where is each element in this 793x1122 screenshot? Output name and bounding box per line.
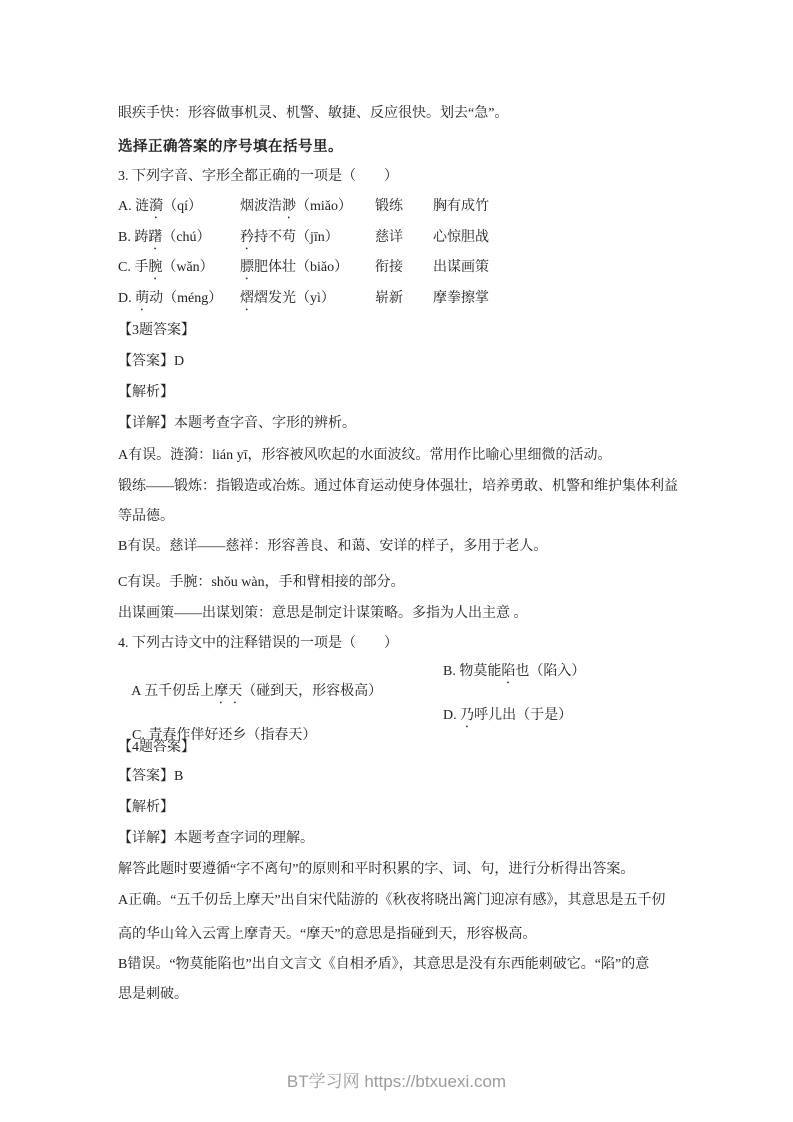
q4-options-row-ab: A 五千仞岳上摩天（碰到天，形容极高） B. 物莫能陷也（陷入） xyxy=(118,662,382,682)
q4-stem: 4. 下列古诗文中的注释错误的一项是（ ） xyxy=(118,634,398,654)
option-col-word2: 矜持不苟（jīn） xyxy=(240,228,375,248)
q4-option-d: D. 乃呼儿出（于是） xyxy=(443,706,572,731)
emphasized-char: 腕 xyxy=(148,260,162,275)
definition-line: 眼疾手快：形容做事机灵、机警、敏捷、反应很快。划去“急”。 xyxy=(118,104,508,124)
emphasized-chars: 乃 xyxy=(460,708,474,723)
option-col-word4: 出谋画策 xyxy=(433,258,489,278)
option-col-word1: C. 手腕（wǎn） xyxy=(118,258,240,278)
option-col-word4: 胸有成竹 xyxy=(433,197,489,217)
q3-answer-title: 【3题答案】 xyxy=(118,321,195,341)
q3-analysis-label: 【解析】 xyxy=(118,383,174,403)
q3-detail: 【详解】本题考查字音、字形的辨析。 xyxy=(118,414,356,434)
option-col-word3: 衔接 xyxy=(375,258,433,278)
option-col-word1: B. 踌躇（chú） xyxy=(118,228,240,248)
option-col-word4: 摩拳擦掌 xyxy=(433,289,489,309)
q4-explain-line: A正确。“五千仞岳上摩天”出自宋代陆游的《秋夜将晓出篱门迎凉有感》，其意思是五千… xyxy=(118,891,666,911)
q4-answer: 【答案】B xyxy=(118,767,183,787)
option-note: （碰到天，形容极高） xyxy=(242,684,382,699)
emphasized-char: 膘 xyxy=(240,260,254,275)
q4-option-b: B. 物莫能陷也（陷入） xyxy=(443,662,585,687)
option-text: 烟波浩 xyxy=(240,199,282,214)
option-text: A 五千仞岳上 xyxy=(131,684,214,699)
q3-option-b: B. 踌躇（chú） 矜持不苟（jīn） 慈详 心惊胆战 xyxy=(118,228,489,248)
option-col-word1: D. 萌动（méng） xyxy=(118,289,240,309)
q4-option-a: A 五千仞岳上摩天（碰到天，形容极高） xyxy=(131,684,382,699)
option-note: 也（陷入） xyxy=(515,664,585,679)
pinyin-annotation: （miǎo） xyxy=(296,199,352,214)
q4-options-row-cd: C. 青春作伴好还乡（指春天） D. 乃呼儿出（于是） xyxy=(118,706,316,726)
emphasized-chars: 陷 xyxy=(501,664,515,679)
q4-explain-line: 高的华山耸入云霄上摩青天。“摩天”的意思是指碰到天，形容极高。 xyxy=(118,925,536,945)
pinyin-annotation: （wǎn） xyxy=(162,260,213,275)
option-col-word3: 崭新 xyxy=(375,289,433,309)
pinyin-annotation: 动（méng） xyxy=(149,291,222,306)
q3-explain-line: A有误。涟漪：lián yī，形容被风吹起的水面波纹。常用作比喻心里细微的活动。 xyxy=(118,446,612,466)
q3-explain-line: C有误。手腕：shǒu wàn，手和臂相接的部分。 xyxy=(118,573,405,593)
emphasized-char: 萌 xyxy=(135,291,149,306)
option-text: A. 涟 xyxy=(118,199,149,214)
option-col-word2: 熠熠发光（yì） xyxy=(240,289,375,309)
option-col-word1: A. 涟漪（qí） xyxy=(118,197,240,217)
emphasized-char: 矜 xyxy=(240,230,254,245)
emphasized-chars: 摩天 xyxy=(214,684,242,699)
option-note: 作伴好还乡（指春天） xyxy=(176,728,316,743)
pinyin-annotation: 熠发光（yì） xyxy=(254,291,335,306)
q3-option-a: A. 涟漪（qí） 烟波浩渺（miǎo） 锻练 胸有成竹 xyxy=(118,197,489,217)
option-col-word2: 烟波浩渺（miǎo） xyxy=(240,197,375,217)
option-col-word2: 膘肥体壮（biǎo） xyxy=(240,258,375,278)
option-text: B. 踌 xyxy=(118,230,148,245)
option-note: 呼儿出（于是） xyxy=(474,708,572,723)
option-text: B. 物莫能 xyxy=(443,664,501,679)
option-col-word3: 锻练 xyxy=(375,197,433,217)
q4-answer-title: 【4题答案】 xyxy=(118,738,195,758)
q4-detail: 【详解】本题考查字词的理解。 xyxy=(118,829,314,849)
option-text: D. xyxy=(443,708,460,723)
option-text: D. xyxy=(118,291,135,306)
q4-explain-line: B错误。“物莫能陷也”出自文言文《自相矛盾》，其意思是没有东西能刺破它。“陷”的… xyxy=(118,955,649,975)
q4-explain-line: 解答此题时要遵循“字不离句”的原则和平时积累的字、词、句，进行分析得出答案。 xyxy=(118,860,634,880)
q3-option-c: C. 手腕（wǎn） 膘肥体壮（biǎo） 衔接 出谋画策 xyxy=(118,258,489,278)
section-heading: 选择正确答案的序号填在括号里。 xyxy=(118,137,343,157)
q3-explain-line: 等品德。 xyxy=(118,507,174,527)
pinyin-annotation: 肥体壮（biǎo） xyxy=(254,260,348,275)
q3-stem: 3. 下列字音、字形全都正确的一项是（ ） xyxy=(118,167,398,187)
emphasized-char: 躇 xyxy=(148,230,162,245)
pinyin-annotation: 持不苟（jīn） xyxy=(254,230,339,245)
pinyin-annotation: （qí） xyxy=(163,199,202,214)
q3-option-d: D. 萌动（méng） 熠熠发光（yì） 崭新 摩拳擦掌 xyxy=(118,289,489,309)
emphasized-char: 漪 xyxy=(149,199,163,214)
q3-explain-line: B有误。慈详——慈祥：形容善良、和蔼、安详的样子，多用于老人。 xyxy=(118,537,547,557)
option-col-word3: 慈详 xyxy=(375,228,433,248)
q3-answer: 【答案】D xyxy=(118,352,184,372)
footer-watermark: BT学习网 https://btxuexi.com xyxy=(0,1071,793,1093)
q3-explain-line: 出谋画策——出谋划策：意思是制定计谋策略。多指为人出主意 。 xyxy=(118,604,528,624)
option-text: C. 手 xyxy=(118,260,148,275)
q4-explain-line: 思是刺破。 xyxy=(118,985,188,1005)
q4-analysis-label: 【解析】 xyxy=(118,798,174,818)
pinyin-annotation: （chú） xyxy=(162,230,210,245)
q3-explain-line: 锻练——锻炼：指锻造或冶炼。通过体育运动使身体强壮，培养勇敢、机警和维护集体利益 xyxy=(118,477,678,497)
emphasized-char: 渺 xyxy=(282,199,296,214)
emphasized-char: 熠 xyxy=(240,291,254,306)
option-col-word4: 心惊胆战 xyxy=(433,228,489,248)
document-page: 眼疾手快：形容做事机灵、机警、敏捷、反应很快。划去“急”。 选择正确答案的序号填… xyxy=(0,0,793,1122)
